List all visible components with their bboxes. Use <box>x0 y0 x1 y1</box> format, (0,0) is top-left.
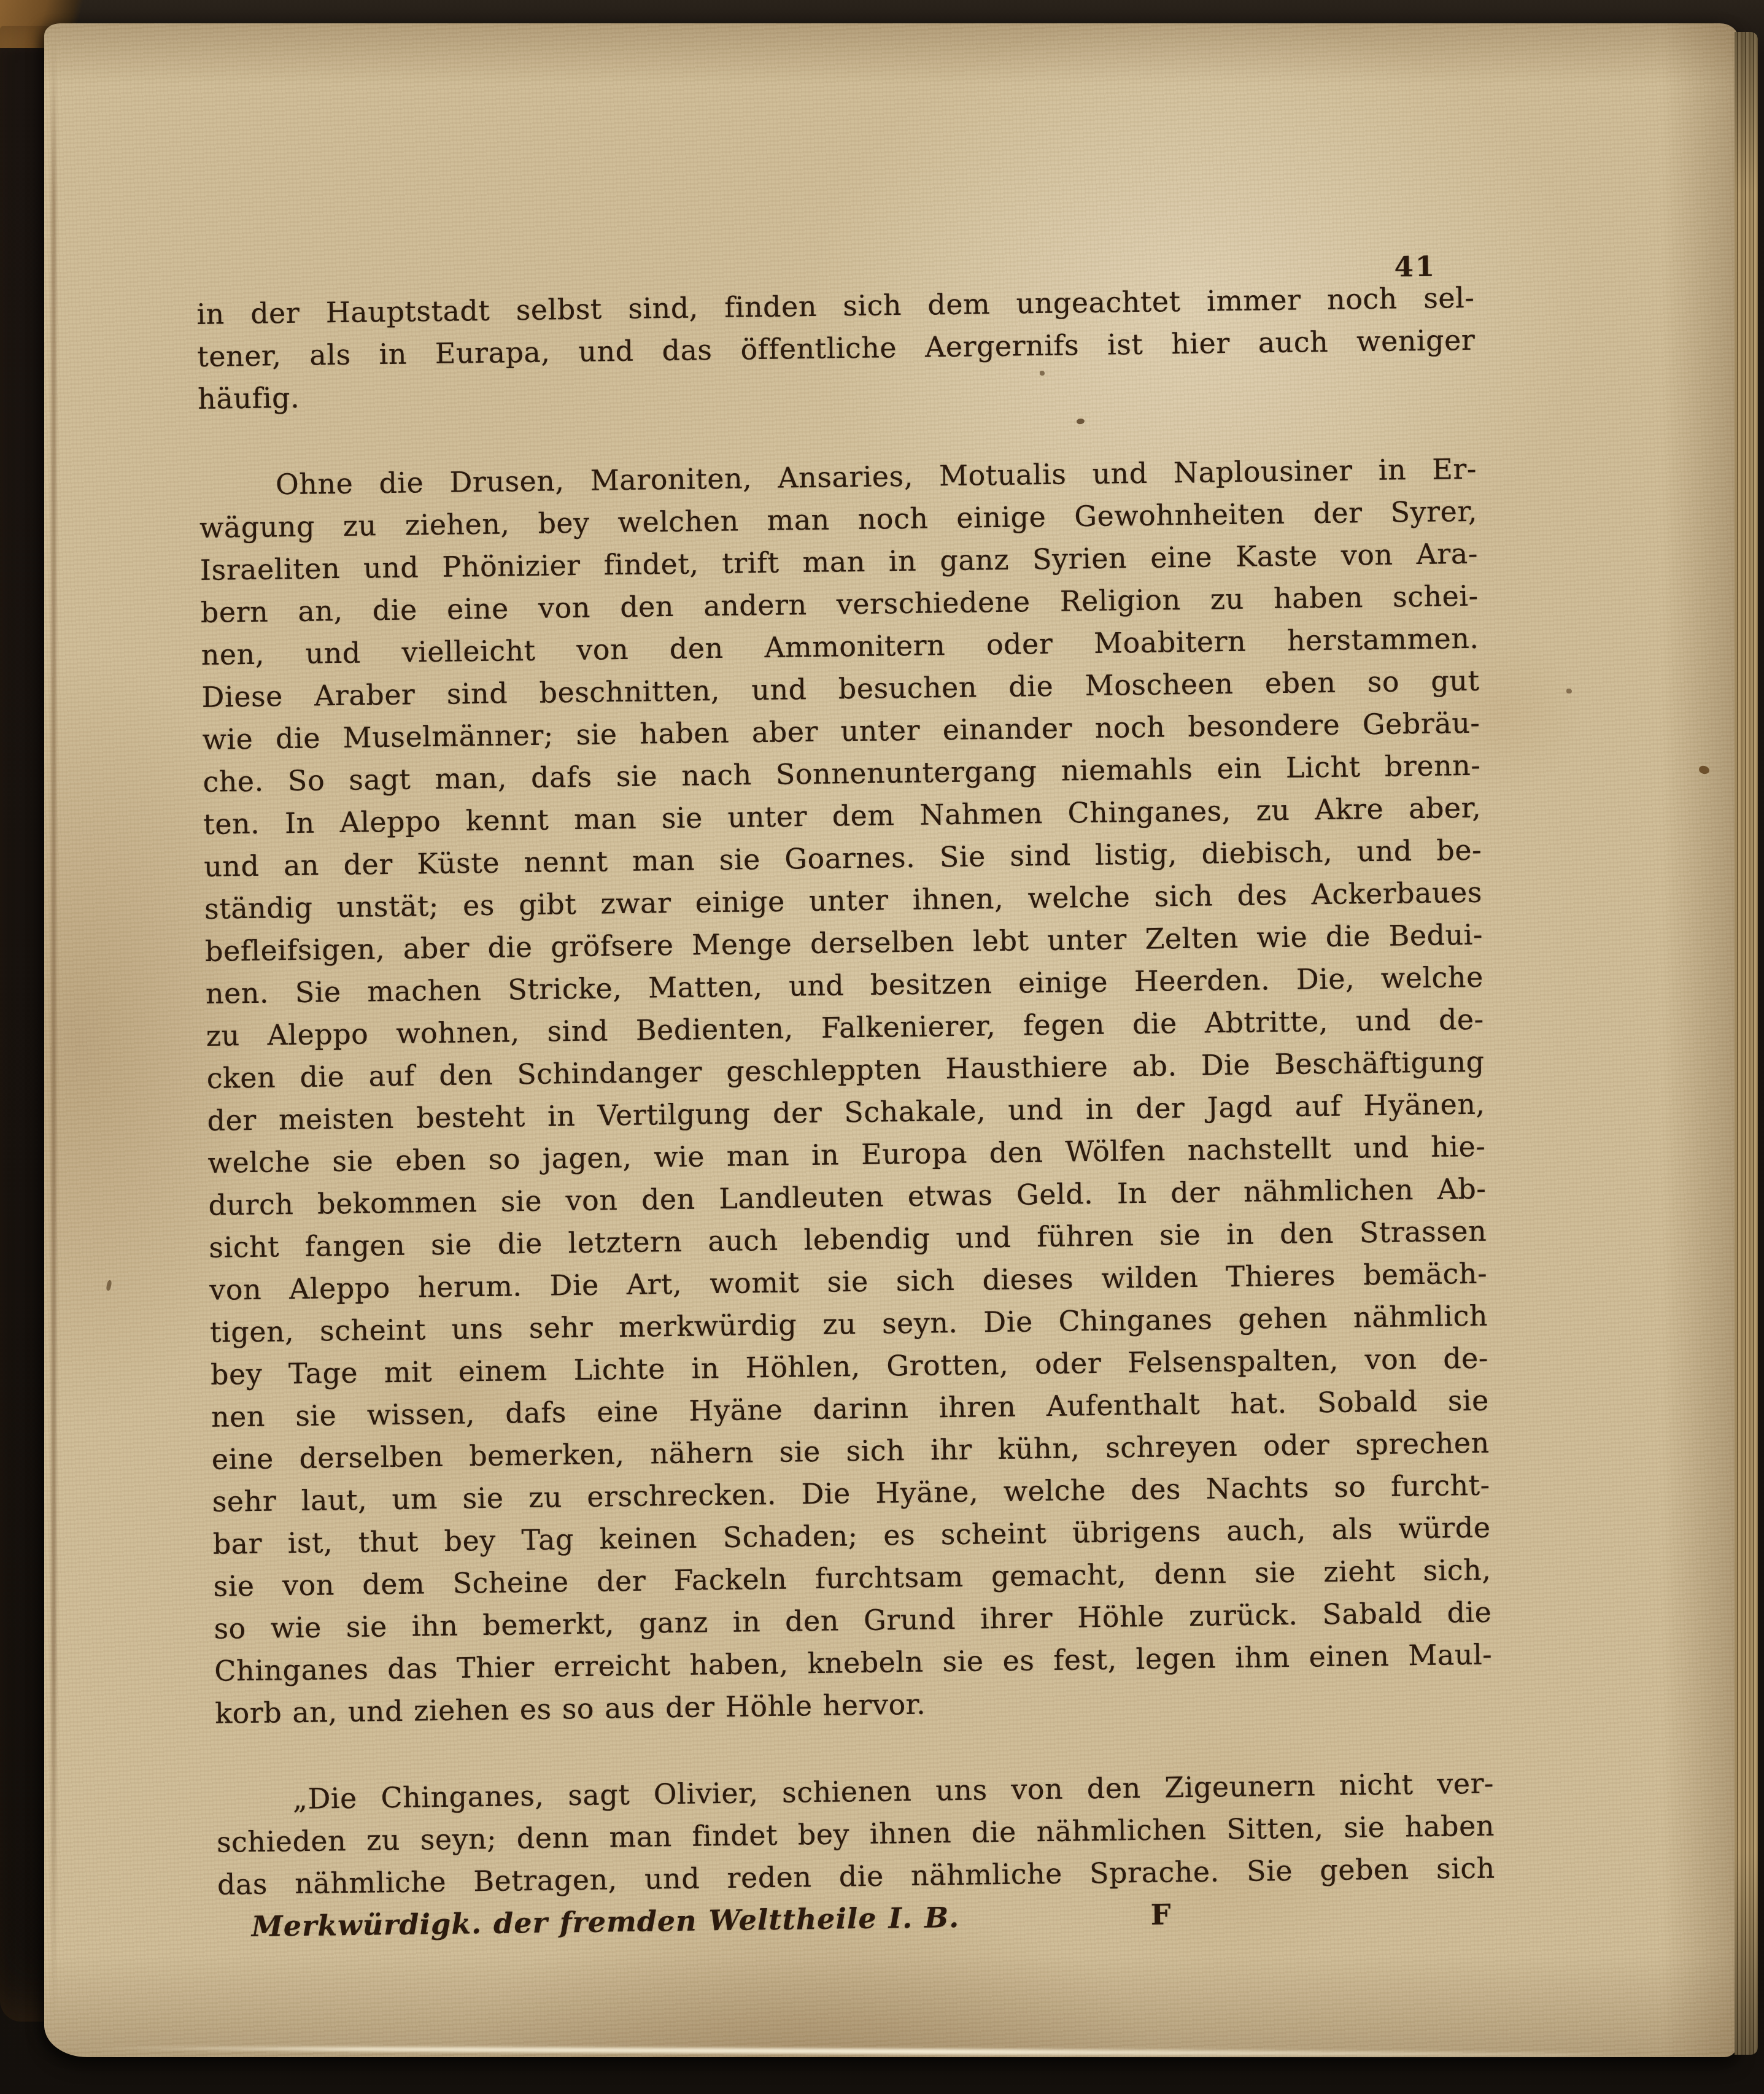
paragraphs: in der Hauptstadt selbst sind, finden si… <box>196 277 1495 1906</box>
paragraph: in der Hauptstadt selbst sind, finden si… <box>196 277 1476 420</box>
paper-speck <box>1566 689 1572 693</box>
page-block-edges <box>1735 32 1758 2055</box>
book-scan: { "page": { "number": "41", "paragraphs"… <box>0 0 1764 2094</box>
page-number: 41 <box>1394 250 1436 284</box>
paragraph: „Die Chinganes, sagt Olivier, schienen u… <box>216 1763 1496 1906</box>
paragraph: Ohne die Drusen, Maroniten, Ansaries, Mo… <box>199 448 1493 1735</box>
paper-speck <box>1040 371 1045 376</box>
footer-signature-mark: F <box>1150 1893 1171 1936</box>
footer-running-title: Merkwürdigk. der fremden Welttheile I. B… <box>251 1901 959 1943</box>
gutter-crease <box>52 43 56 2019</box>
text-block: 41 in der Hauptstadt selbst sind, finden… <box>196 277 1496 1949</box>
